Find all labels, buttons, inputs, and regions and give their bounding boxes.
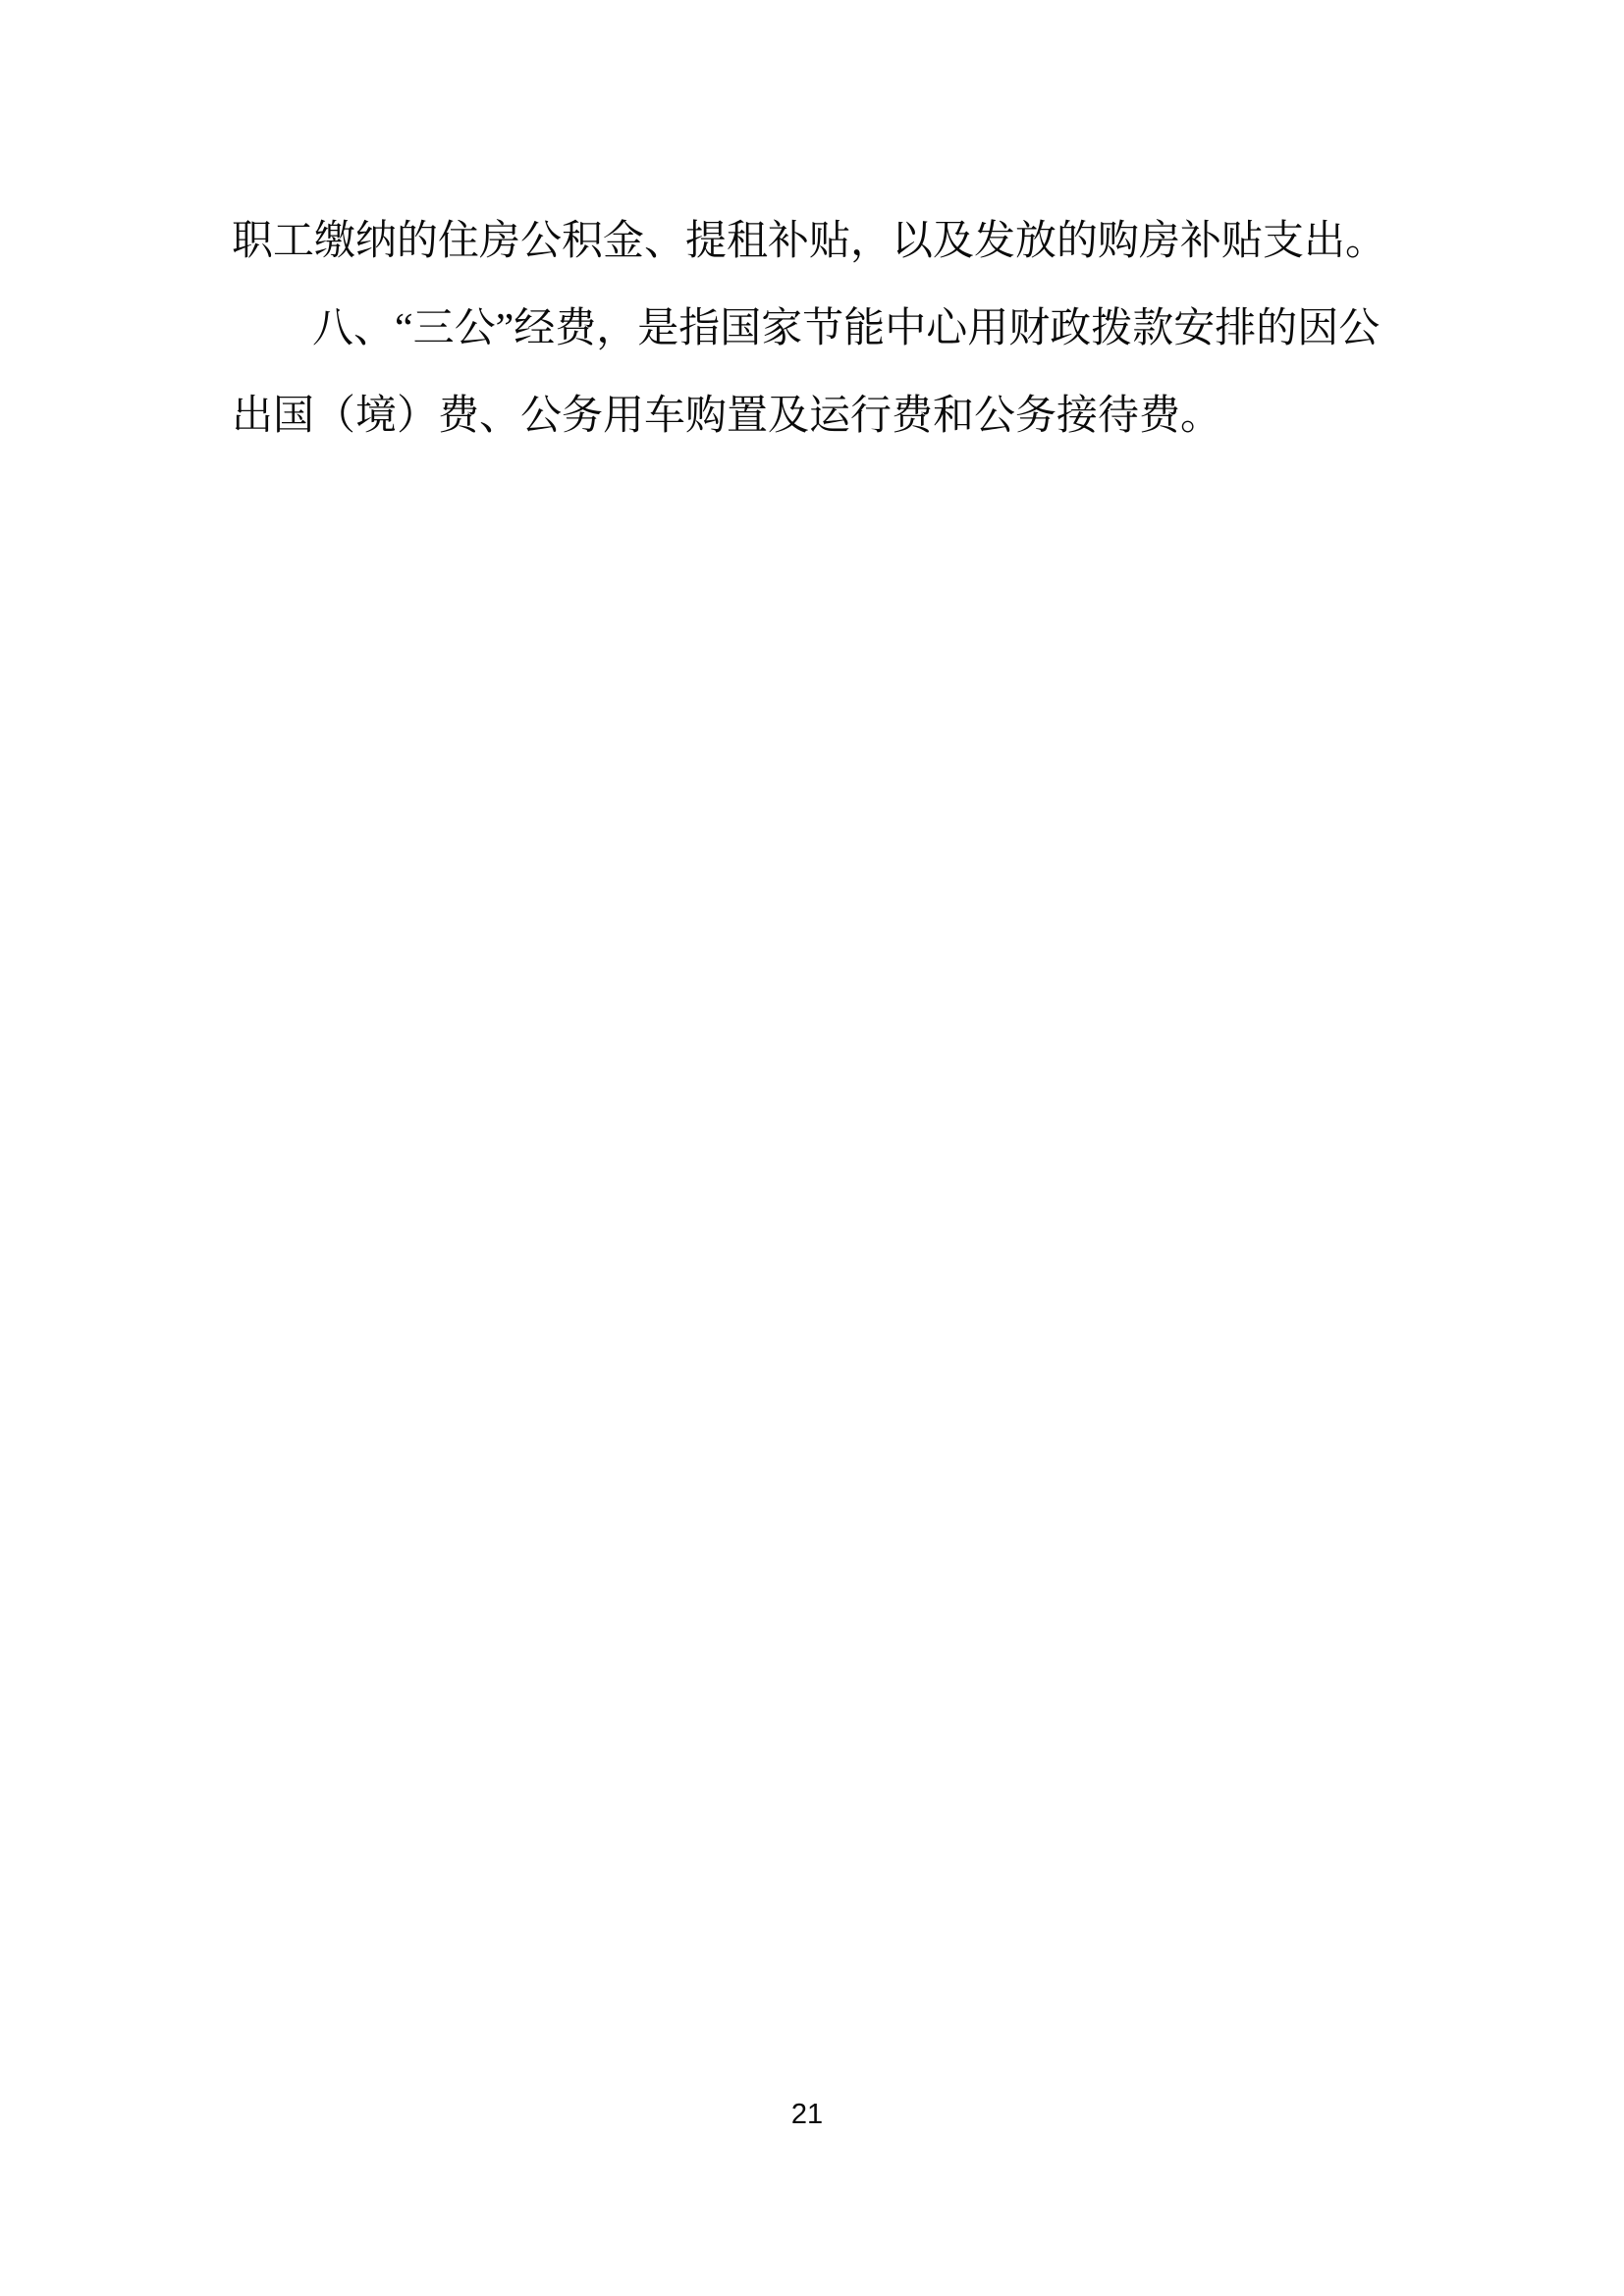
paragraph-line-1: 职工缴纳的住房公积金、提租补贴，以及发放的购房补贴支出。: [232, 198, 1400, 286]
paragraph-line-2: 八、“三公”经费，是指国家节能中心用财政拨款安排的因公: [232, 286, 1400, 373]
paragraph-line-3: 出国（境）费、公务用车购置及运行费和公务接待费。: [232, 373, 1400, 460]
page-number: 21: [0, 2099, 1614, 2130]
body-text-block: 职工缴纳的住房公积金、提租补贴，以及发放的购房补贴支出。 八、“三公”经费，是指…: [232, 198, 1400, 460]
document-page: 职工缴纳的住房公积金、提租补贴，以及发放的购房补贴支出。 八、“三公”经费，是指…: [0, 0, 1624, 2296]
